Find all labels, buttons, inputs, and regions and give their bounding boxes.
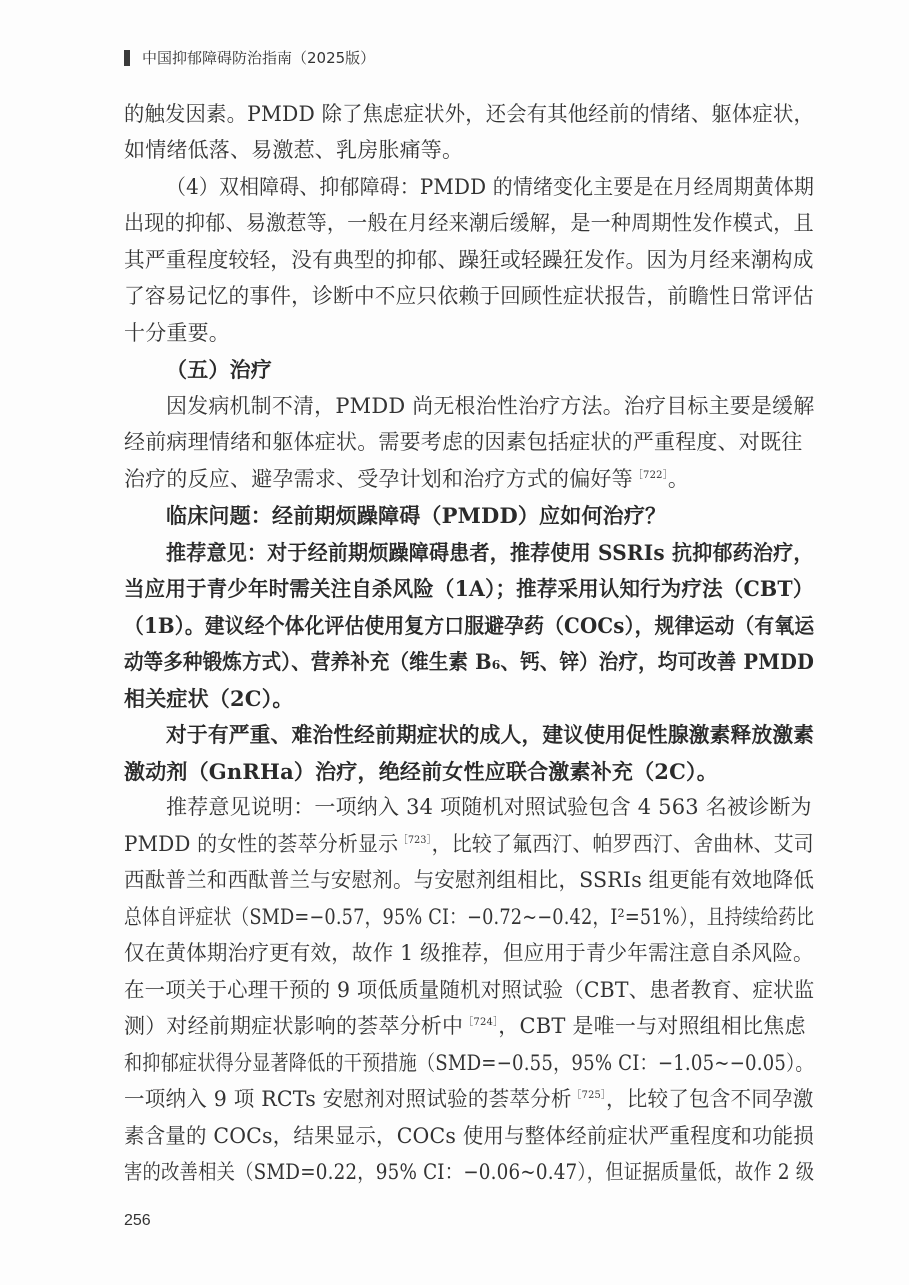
text-line: 经前病理情绪和躯体症状。需要考虑的因素包括症状的严重程度、对既往: [124, 430, 814, 455]
text-line: 一项纳入 9 项 RCTs 安慰剂对照试验的荟萃分析［725］，比较了包含不同孕…: [124, 1087, 799, 1112]
line-text: 推荐意见说明：一项纳入 34 项随机对照试验包含 4 563 名被诊断为: [166, 795, 812, 819]
citation-reference: ［722］: [633, 470, 668, 481]
line-text: 西酞普兰和西酞普兰与安慰剂。与安慰剂组相比，SSRIs 组更能有效地降低: [124, 868, 814, 892]
bold-text-line: 当应用于青少年时需关注自杀风险（1A）；推荐采用认知行为疗法（CBT）: [124, 576, 796, 601]
bold-text-line: 激动剂（GnRHa）治疗，绝经前女性应联合激素补充（2C）。: [124, 759, 814, 784]
line-text: 在一项关于心理干预的 9 项低质量随机对照试验（CBT、患者教育、症状监: [124, 978, 814, 1002]
bold-text-line: （五）治疗: [166, 357, 814, 382]
line-text: 出现的抑郁、易激惹等，一般在月经来潮后缓解，是一种周期性发作模式，且: [124, 211, 814, 235]
line-text: 因发病机制不清，PMDD 尚无根治性治疗方法。治疗目标主要是缓解: [166, 394, 814, 418]
running-header: 中国抑郁障碍防治指南（2025版）: [124, 47, 375, 68]
line-text: （五）治疗: [166, 357, 272, 382]
line-text: 仅在黄体期治疗更有效，故作 1 级推荐，但应用于青少年需注意自杀风险。: [124, 941, 814, 965]
line-text: 动等多种锻炼方式）、营养补充（维生素 B₆、钙、锌）治疗，均可改善 PMDD: [124, 649, 814, 674]
page-number: 256: [124, 1212, 151, 1230]
text-line: 如情绪低落、易激惹、乳房胀痛等。: [124, 138, 814, 163]
text-line: 总体自评症状（SMD=−0.57，95% CI：−0.72~−0.42，I²=5…: [124, 905, 707, 930]
text-line: 在一项关于心理干预的 9 项低质量随机对照试验（CBT、患者教育、症状监: [124, 978, 796, 1003]
line-text: 总体自评症状（SMD=−0.57，95% CI：−0.72~−0.42，I²=5…: [124, 905, 814, 929]
bold-text-line: 动等多种锻炼方式）、营养补充（维生素 B₆、钙、锌）治疗，均可改善 PMDD: [124, 649, 764, 674]
text-line: 推荐意见说明：一项纳入 34 项随机对照试验包含 4 563 名被诊断为: [166, 795, 814, 820]
line-text: 治疗的反应、避孕需求、受孕计划和治疗方式的偏好等: [124, 467, 633, 491]
citation-reference: ［723］: [398, 835, 431, 846]
line-text-tail: ，比较了氟西汀、帕罗西汀、舍曲林、艾司: [432, 832, 814, 856]
text-line: 仅在黄体期治疗更有效，故作 1 级推荐，但应用于青少年需注意自杀风险。: [124, 941, 798, 966]
header-title: 中国抑郁障碍防治指南（2025版）: [142, 47, 375, 68]
text-line: PMDD 的女性的荟萃分析显示［723］，比较了氟西汀、帕罗西汀、舍曲林、艾司: [124, 832, 779, 857]
line-text: 推荐意见：对于经前期烦躁障碍患者，推荐使用 SSRIs 抗抑郁药治疗，: [166, 540, 814, 565]
line-text: 其严重程度较轻，没有典型的抑郁、躁狂或轻躁狂发作。因为月经来潮构成: [124, 248, 814, 272]
text-line: 出现的抑郁、易激惹等，一般在月经来潮后缓解，是一种周期性发作模式，且: [124, 211, 784, 236]
text-line: 了容易记忆的事件，诊断中不应只依赖于回顾性症状报告，前瞻性日常评估: [124, 284, 804, 309]
line-text: （4）双相障碍、抑郁障碍：PMDD 的情绪变化主要是在月经周期黄体期: [166, 175, 814, 199]
line-text: 测）对经前期症状影响的荟萃分析中: [124, 1014, 463, 1038]
line-text: 十分重要。: [124, 321, 230, 345]
line-text-tail: ，CBT 是唯一与对照组相比焦虑: [498, 1014, 805, 1038]
line-text: 的触发因素。PMDD 除了焦虑症状外，还会有其他经前的情绪、躯体症状，: [124, 102, 814, 126]
bold-text-line: 推荐意见：对于经前期烦躁障碍患者，推荐使用 SSRIs 抗抑郁药治疗，: [166, 540, 784, 565]
line-text: （1B）。建议经个体化评估使用复方口服避孕药（COCs），规律运动（有氧运: [124, 613, 814, 638]
line-text: 激动剂（GnRHa）治疗，绝经前女性应联合激素补充（2C）。: [124, 759, 718, 784]
line-text: 经前病理情绪和躯体症状。需要考虑的因素包括症状的严重程度、对既往: [124, 430, 802, 454]
text-line: 因发病机制不清，PMDD 尚无根治性治疗方法。治疗目标主要是缓解: [166, 394, 813, 419]
bold-text-line: 对于有严重、难治性经前期症状的成人，建议使用促性腺激素释放激素: [166, 722, 805, 747]
header-marker-icon: [124, 50, 130, 66]
line-text-tail: 。: [668, 467, 689, 491]
line-text: 相关症状（2C）。: [124, 686, 294, 711]
citation-reference: ［724］: [463, 1017, 498, 1028]
text-line: 十分重要。: [124, 321, 814, 346]
bold-text-line: 临床问题：经前期烦躁障碍（PMDD）应如何治疗？: [166, 503, 814, 528]
line-text: 素含量的 COCs，结果显示，COCs 使用与整体经前症状严重程度和功能损: [124, 1124, 814, 1148]
line-text: 如情绪低落、易激惹、乳房胀痛等。: [124, 138, 463, 162]
line-text-tail: ，比较了包含不同孕激: [606, 1087, 813, 1111]
bold-text-line: （1B）。建议经个体化评估使用复方口服避孕药（COCs），规律运动（有氧运: [124, 613, 774, 638]
text-line: 害的改善相关（SMD=0.22，95% CI：−0.06~0.47），但证据质量…: [124, 1160, 727, 1185]
text-line: 测）对经前期症状影响的荟萃分析中［724］，CBT 是唯一与对照组相比焦虑: [124, 1014, 814, 1039]
text-line: （4）双相障碍、抑郁障碍：PMDD 的情绪变化主要是在月经周期黄体期: [166, 175, 780, 200]
line-text: 了容易记忆的事件，诊断中不应只依赖于回顾性症状报告，前瞻性日常评估: [124, 284, 814, 308]
text-line: 其严重程度较轻，没有典型的抑郁、躁狂或轻躁狂发作。因为月经来潮构成: [124, 248, 804, 273]
line-text: 一项纳入 9 项 RCTs 安慰剂对照试验的荟萃分析: [124, 1087, 572, 1111]
citation-reference: ［725］: [572, 1090, 606, 1101]
text-line: 素含量的 COCs，结果显示，COCs 使用与整体经前症状严重程度和功能损: [124, 1124, 796, 1149]
text-line: 和抑郁症状得分显著降低的干预措施（SMD=−0.55，95% CI：−1.05~…: [124, 1051, 720, 1076]
line-text: PMDD 的女性的荟萃分析显示: [124, 832, 398, 856]
line-text: 当应用于青少年时需关注自杀风险（1A）；推荐采用认知行为疗法（CBT）: [124, 576, 814, 601]
text-line: 的触发因素。PMDD 除了焦虑症状外，还会有其他经前的情绪、躯体症状，: [124, 102, 792, 127]
line-text: 害的改善相关（SMD=0.22，95% CI：−0.06~0.47），但证据质量…: [124, 1160, 814, 1184]
line-text: 临床问题：经前期烦躁障碍（PMDD）应如何治疗？: [166, 503, 666, 528]
text-line: 西酞普兰和西酞普兰与安慰剂。与安慰剂组相比，SSRIs 组更能有效地降低: [124, 868, 797, 893]
line-text: 和抑郁症状得分显著降低的干预措施（SMD=−0.55，95% CI：−1.05~…: [124, 1051, 814, 1075]
line-text: 对于有严重、难治性经前期症状的成人，建议使用促性腺激素释放激素: [166, 722, 814, 747]
bold-text-line: 相关症状（2C）。: [124, 686, 814, 711]
text-line: 治疗的反应、避孕需求、受孕计划和治疗方式的偏好等［722］。: [124, 467, 814, 492]
